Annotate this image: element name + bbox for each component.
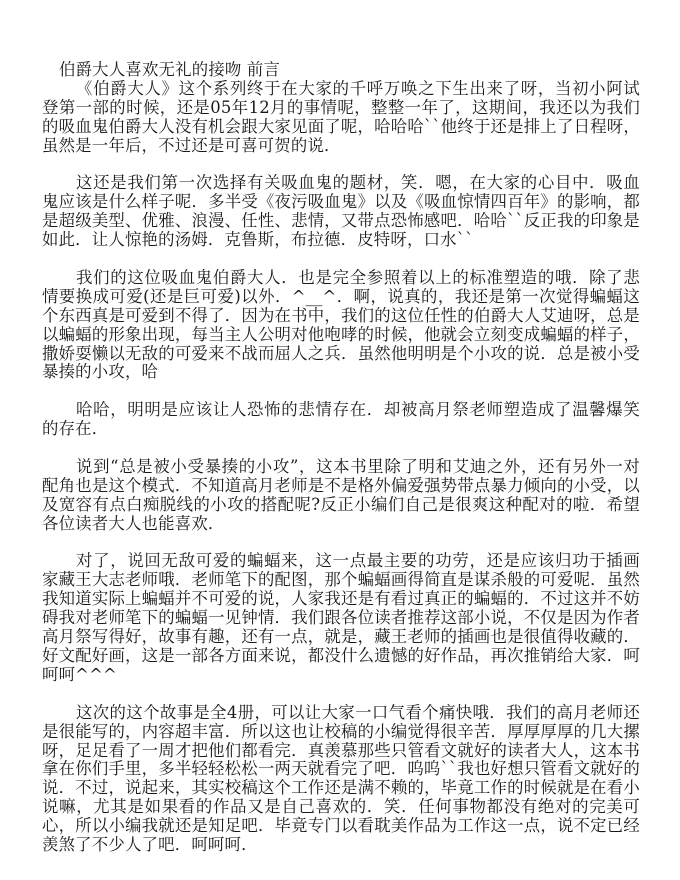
paragraph-vampire-theme: 这还是我们第一次选择有关吸血鬼的题材，笑．嗯，在大家的心目中．吸血鬼应该是什么样… [42, 174, 640, 250]
paragraph-pairing: 说到“总是被小受暴揍的小攻”，这本书里除了明和艾迪之外，还有另外一对配角也是这个… [42, 458, 640, 534]
document-title: 伯爵大人喜欢无礼的接吻 前言 [42, 61, 640, 80]
paragraph-volumes: 这次的这个故事是全4册，可以让大家一口气看个痛快哦．我们的高月老师还是很能写的，… [42, 704, 640, 855]
paragraph-intro: 《伯爵大人》这个系列终于在大家的千呼万唤之下生出来了呀，当初小阿试登第一部的时候… [42, 80, 640, 156]
paragraph-count-character: 我们的这位吸血鬼伯爵大人．也是完全参照着以上的标准塑造的哦．除了悲情要换成可爱(… [42, 269, 640, 382]
paragraph-illustrator: 对了，说回无敌可爱的蝙蝠来，这一点最主要的功劳，还是应该归功于插画家藏王大志老师… [42, 552, 640, 684]
paragraph-haha: 哈哈，明明是应该让人恐怖的悲情存在．却被高月祭老师塑造成了温馨爆笑的存在． [42, 401, 640, 439]
document-page: 伯爵大人喜欢无礼的接吻 前言 《伯爵大人》这个系列终于在大家的千呼万唤之下生出来… [42, 61, 640, 874]
